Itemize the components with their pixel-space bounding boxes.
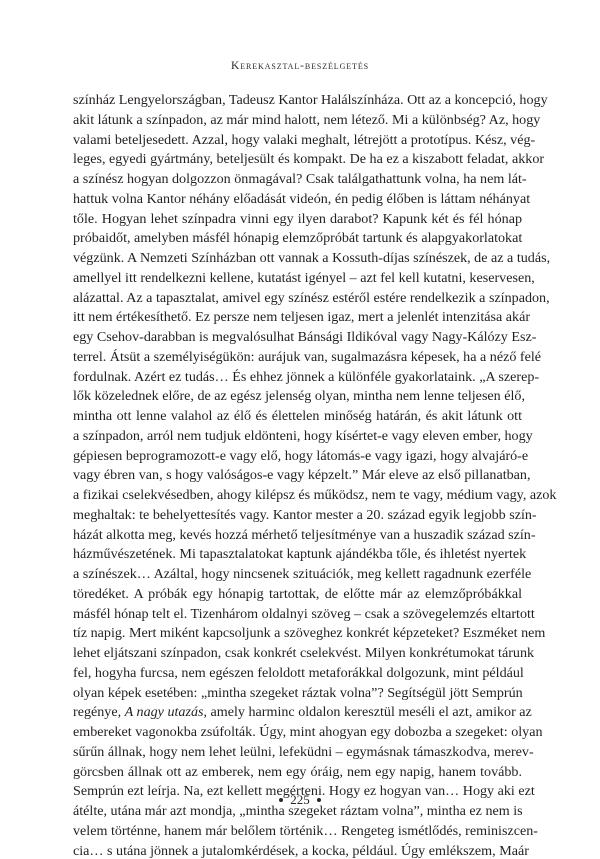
text-line: velem történne, hanem már belőlem történ… <box>73 822 522 842</box>
text-line: leges, egyedi gyártmány, beteljesült és … <box>73 150 522 170</box>
bullet-icon <box>317 798 321 802</box>
text-line: végzünk. A Nemzeti Színházban ott vannak… <box>73 249 522 269</box>
book-title: A nagy utazás <box>125 704 204 720</box>
text-line: egy Csehov-darabban is megvalósulhat Bán… <box>73 328 522 348</box>
bullet-icon <box>279 798 283 802</box>
text-line: hattuk volna Kantor néhány előadását vid… <box>73 190 522 210</box>
text-line: házát alkotta meg, kevés hozzá mérhető t… <box>73 526 522 546</box>
text-line: itt nem értékesíthető. Ez persze nem tel… <box>73 308 522 328</box>
text-line: vagy ébren van, s hogy valóságos-e vagy … <box>73 466 522 486</box>
text-fragment: regénye, <box>73 704 125 720</box>
text-line: embereket vagonokba zsúfolták. Úgy, mint… <box>73 723 522 743</box>
text-line: színház Lengyelországban, Tadeusz Kantor… <box>73 91 522 111</box>
text-line: tíz napig. Mert miként kapcsoljunk a szö… <box>73 624 522 644</box>
text-line: házművészetének. Mi tapasztalatokat kapt… <box>73 545 522 565</box>
text-line: mintha ott lenne valahol az élő és élett… <box>73 407 522 427</box>
running-head: Kerekasztal-beszélgetés <box>0 60 600 72</box>
text-line: próbaidőt, amelyben másfél hónapig elemz… <box>73 229 522 249</box>
text-line: fel, hogyha furcsa, nem egészen feloldot… <box>73 664 522 684</box>
text-line: olyan képek esetében: „mintha szegeket r… <box>73 684 522 704</box>
page-number: 225 <box>0 792 600 808</box>
text-line: meghaltak: te behelyettesítés vagy. Kant… <box>73 506 522 526</box>
text-line: lők közelednek előre, de az egész jelens… <box>73 387 522 407</box>
text-line: valami beteljesedett. Azzal, hogy valaki… <box>73 131 522 151</box>
text-line: akit látunk a színpadon, az már mind hal… <box>73 111 522 131</box>
text-line: fordulnak. Azért ez tudás… És ehhez jönn… <box>73 368 522 388</box>
text-line: cia… s utána jönnek a jutalomkérdések, a… <box>73 842 522 859</box>
text-line-with-italic-title: regénye, A nagy utazás, amely harminc ol… <box>73 703 522 723</box>
text-fragment: , amely harminc oldalon keresztül meséli… <box>203 704 531 720</box>
text-line: alázattal. Az a tapasztalat, amivel egy … <box>73 289 522 309</box>
text-line: tőle. Hogyan lehet színpadra vinni egy i… <box>73 210 522 230</box>
text-line: a színészek… Azáltal, hogy nincsenek szi… <box>73 565 522 585</box>
body-text: színház Lengyelországban, Tadeusz Kantor… <box>73 91 522 859</box>
text-line: a fizikai cselekvésedben, ahogy kilépsz … <box>73 486 522 506</box>
text-line: másfél hónap telt el. Tizenhárom oldalny… <box>73 605 522 625</box>
text-line: amellyel itt rendelkezni kellene, kutatá… <box>73 269 522 289</box>
text-line: sűrűn állnak, hogy nem lehet leülni, lef… <box>73 743 522 763</box>
text-line: terrel. Átsüt a személyiségükön: aurájuk… <box>73 348 522 368</box>
text-line: a színpadon, arról nem tudjuk eldönteni,… <box>73 427 522 447</box>
page-number-value: 225 <box>290 792 310 807</box>
text-line: görcsben állnak ott az emberek, nem egy … <box>73 763 522 783</box>
text-line: töredéket. A próbák egy hónapig tartotta… <box>73 585 522 605</box>
text-line: gépiesen beprogramozott-e vagy elő, hogy… <box>73 447 522 467</box>
text-line: lehet eljátszani színpadon, csak konkrét… <box>73 644 522 664</box>
text-line: a színész hogyan dolgozzon önmagával? Cs… <box>73 170 522 190</box>
